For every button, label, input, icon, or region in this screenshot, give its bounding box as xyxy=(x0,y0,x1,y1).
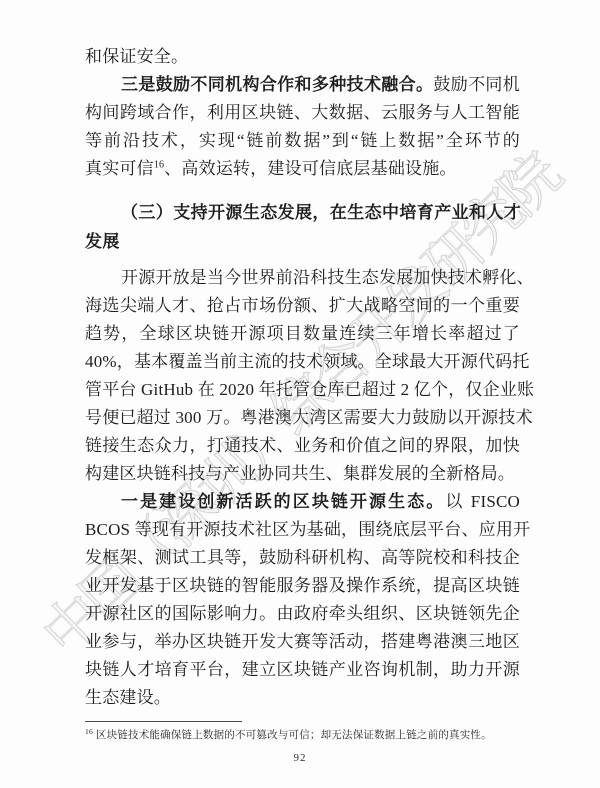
body-line: 趋势，全球区块链开源项目数量连续三年增长率超过了 xyxy=(85,320,520,348)
body-line: 海选尖端人才、抢占市场份额、扩大战略空间的一个重要 xyxy=(85,292,520,320)
body-line: 业开发基于区块链的智能服务器及操作系统，提高区块链 xyxy=(85,572,520,600)
body-line: 真实可信16、高效运转，建设可信底层基础设施。 xyxy=(85,155,520,183)
bold-lead: 三是鼓励不同机构合作和多种技术融合。 xyxy=(121,75,433,94)
body-line: 开源社区的国际影响力。由政府牵头组织、区块链领先企 xyxy=(85,600,520,628)
body-line: 构建区块链科技与产业协同共生、集群发展的全新格局。 xyxy=(85,460,520,488)
body-line: 开源开放是当今世界前沿科技生态发展加快技术孵化、 xyxy=(85,264,520,292)
body-text: 以 FISCO xyxy=(445,492,520,511)
body-line: 40%，基本覆盖当前主流的技术领域。全球最大开源代码托 xyxy=(85,348,520,376)
body-line: 和保证安全。 xyxy=(85,43,520,71)
bold-lead: 一是建设创新活跃的区块链开源生态。 xyxy=(121,492,445,511)
body-text: 鼓励不同机 xyxy=(433,75,520,94)
body-text: 真实可信 xyxy=(85,159,154,178)
body-line: 块链人才培育平台，建立区块链产业咨询机制，助力开源 xyxy=(85,656,520,684)
text-column: 和保证安全。 三是鼓励不同机构合作和多种技术融合。鼓励不同机 构间跨域合作，利用… xyxy=(85,43,520,743)
body-line: 三是鼓励不同机构合作和多种技术融合。鼓励不同机 xyxy=(85,71,520,99)
footnote-marker: 16 xyxy=(85,727,93,736)
footnote-text: 区块链技术能确保链上数据的不可篡改与可信；却无法保证数据上链之前的真实性。 xyxy=(96,730,492,741)
section-heading: （三）支持开源生态发展，在生态中培育产业和人才 发展 xyxy=(85,198,520,256)
body-line: 等前沿技术，实现“链前数据”到“链上数据”全环节的 xyxy=(85,127,520,155)
footnote: 16区块链技术能确保链上数据的不可篡改与可信；却无法保证数据上链之前的真实性。 xyxy=(85,728,520,743)
body-line: 生态建设。 xyxy=(85,684,520,712)
body-line: 链接生态众力，打通技术、业务和价值之间的界限，加快 xyxy=(85,432,520,460)
body-line: 构间跨域合作，利用区块链、大数据、云服务与人工智能 xyxy=(85,99,520,127)
body-line: 管平台 GitHub 在 2020 年托管仓库已超过 2 亿个，仅企业账 xyxy=(85,376,520,404)
body-line: 一是建设创新活跃的区块链开源生态。以 FISCO xyxy=(85,488,520,516)
body-line: 发框架、测试工具等，鼓励科研机构、高等院校和科技企 xyxy=(85,544,520,572)
footnote-divider xyxy=(85,721,242,722)
body-line: 号便已超过 300 万。粤港澳大湾区需要大力鼓励以开源技术 xyxy=(85,404,520,432)
page-number: 92 xyxy=(0,751,600,765)
body-line: BCOS 等现有开源技术社区为基础，围绕底层平台、应用开 xyxy=(85,516,520,544)
footnote-reference: 16 xyxy=(154,159,164,170)
document-page: 中国（深圳）综合开发研究院 和保证安全。 三是鼓励不同机构合作和多种技术融合。鼓… xyxy=(0,0,600,788)
section-heading-line: 发展 xyxy=(85,227,520,256)
body-line: 业参与，举办区块链开发大赛等活动，搭建粤港澳三地区 xyxy=(85,628,520,656)
section-heading-line: （三）支持开源生态发展，在生态中培育产业和人才 xyxy=(85,198,520,227)
body-text: 、高效运转，建设可信底层基础设施。 xyxy=(164,159,456,178)
